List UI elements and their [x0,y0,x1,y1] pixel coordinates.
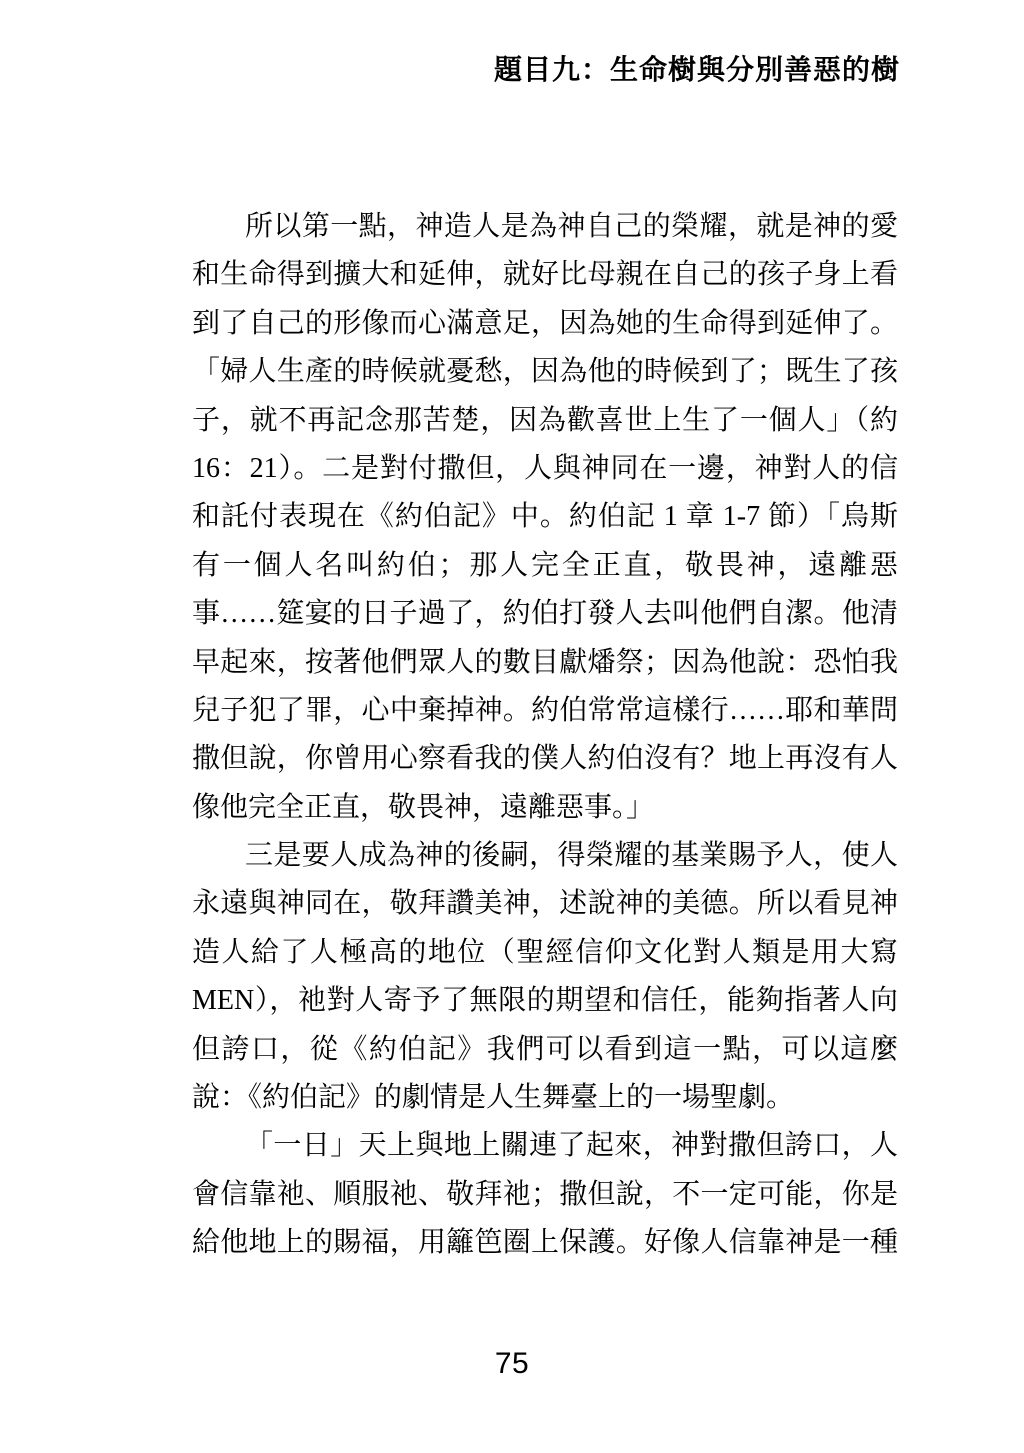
text-line: 到了自己的形像而心滿意足，因為她的生命得到延伸了。 [192,300,898,348]
text-line: 會信靠祂、順服祂、敬拜祂；撒但說，不一定可能，你是 [192,1171,898,1219]
text-line: 三是要人成為神的後嗣，得榮耀的基業賜予人，使人 [192,832,898,880]
text-line: 撒但說，你曾用心察看我的僕人約伯沒有？地上再沒有人 [192,735,898,783]
paragraph: 三是要人成為神的後嗣，得榮耀的基業賜予人，使人永遠與神同在，敬拜讚美神，述說神的… [192,832,898,1122]
text-line: 和生命得到擴大和延伸，就好比母親在自己的孩子身上看 [192,251,898,299]
text-line: 說：《約伯記》的劇情是人生舞臺上的一場聖劇。 [192,1074,898,1122]
text-line: 造人給了人極高的地位（聖經信仰文化對人類是用大寫 [192,929,898,977]
text-line: 但誇口，從《約伯記》我們可以看到這一點，可以這麼 [192,1026,898,1074]
text-line: 事……筵宴的日子過了，約伯打發人去叫他們自潔。他清 [192,590,898,638]
text-line: 16：21）。二是對付撒但，人與神同在一邊，神對人的信任 [192,445,898,493]
text-line: 兒子犯了罪，心中棄掉神。約伯常常這樣行……耶和華問 [192,687,898,735]
text-line: 所以第一點，神造人是為神自己的榮耀，就是神的愛 [192,203,898,251]
page-number: 75 [0,1347,1024,1381]
text-line: 給他地上的賜福，用籬笆圈上保護。好像人信靠神是一種 [192,1219,898,1267]
text-line: 子，就不再記念那苦楚，因為歡喜世上生了一個人」（約 [192,397,898,445]
text-line: 像他完全正直，敬畏神，遠離惡事。」 [192,784,898,832]
text-line: 永遠與神同在，敬拜讚美神，述說神的美德。所以看見神 [192,880,898,928]
text-line: 和託付表現在《約伯記》中。約伯記 1 章 1-7 節）「烏斯地 [192,493,898,541]
body-text: 所以第一點，神造人是為神自己的榮耀，就是神的愛和生命得到擴大和延伸，就好比母親在… [192,203,898,1268]
text-line: 早起來，按著他們眾人的數目獻燔祭；因為他說：恐怕我 [192,639,898,687]
paragraph: 「一日」天上與地上關連了起來，神對撒但誇口，人會信靠祂、順服祂、敬拜祂；撒但說，… [192,1122,898,1267]
text-line: 有一個人名叫約伯；那人完全正直，敬畏神，遠離惡 [192,542,898,590]
text-line: MEN），祂對人寄予了無限的期望和信任，能夠指著人向撒 [192,977,898,1025]
running-header-title: 題目九：生命樹與分別善惡的樹 [494,48,900,88]
text-line: 「一日」天上與地上關連了起來，神對撒但誇口，人 [192,1122,898,1170]
text-line: 「婦人生產的時候就憂愁，因為他的時候到了；既生了孩 [192,348,898,396]
document-page: 題目九：生命樹與分別善惡的樹 所以第一點，神造人是為神自己的榮耀，就是神的愛和生… [0,0,1024,1453]
paragraph: 所以第一點，神造人是為神自己的榮耀，就是神的愛和生命得到擴大和延伸，就好比母親在… [192,203,898,832]
